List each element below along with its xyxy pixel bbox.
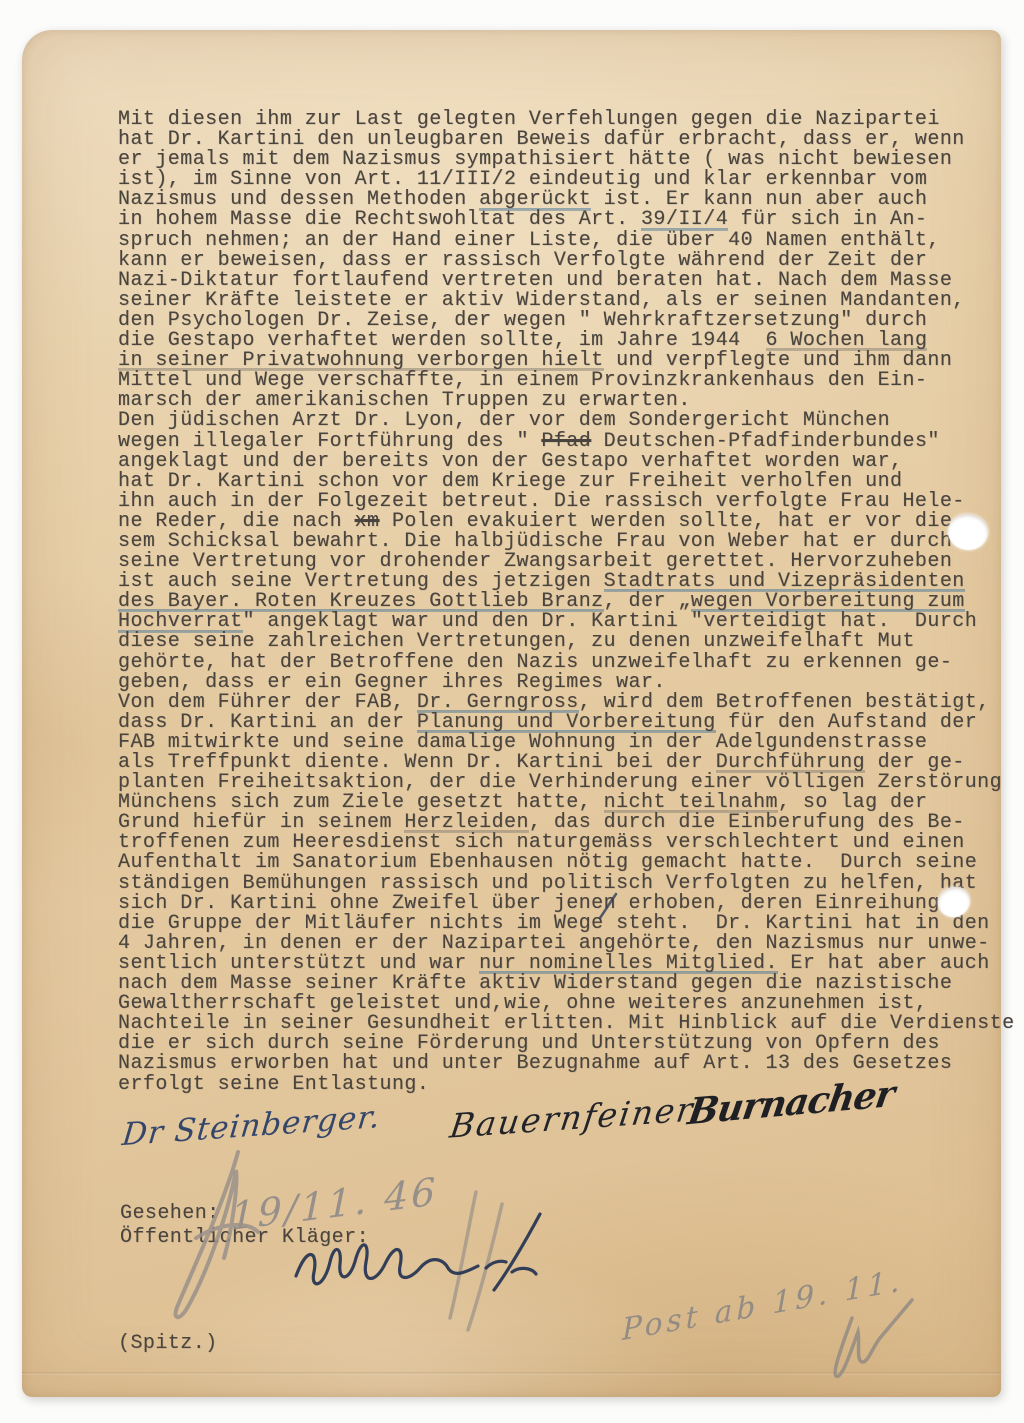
typewritten-line: des Bayer. Roten Kreuzes Gottlieb Branz,… xyxy=(118,592,1020,612)
typewritten-line: Nazi-Diktatur fortlaufend vertreten und … xyxy=(118,271,1020,291)
typewritten-line: spruch nehmen; an der Hand einer Liste, … xyxy=(118,231,1020,251)
typewritten-line: seiner Kräfte leistete er aktiv Widersta… xyxy=(118,291,1020,311)
typewritten-line: in hohem Masse die Rechtswohltat des Art… xyxy=(118,210,1020,230)
typewritten-line: Nazismus erworben hat und unter Bezugnah… xyxy=(118,1054,1020,1074)
typewritten-line: Aufenthalt im Sanatorium Ebenhausen nöti… xyxy=(118,853,1020,873)
typewritten-line: Den jüdischen Arzt Dr. Lyon, der vor dem… xyxy=(118,411,1020,431)
typewritten-line: troffenen zum Heeresdienst sich naturgem… xyxy=(118,833,1020,853)
typewritten-line: seine Vertretung vor drohender Zwangsarb… xyxy=(118,552,1020,572)
typewritten-line: angeklagt und der bereits von der Gestap… xyxy=(118,452,1020,472)
typewritten-line: Nazismus und dessen Methoden abgerückt i… xyxy=(118,190,1020,210)
typewritten-line: nach dem Masse seiner Kräfte aktiv Wider… xyxy=(118,974,1020,994)
paper-sheet: Mit diesen ihm zur Last gelegten Verfehl… xyxy=(22,30,1001,1397)
typewritten-line: gehörte, hat der Betroffene den Nazis un… xyxy=(118,653,1020,673)
typewritten-line: Mittel und Wege verschaffte, in einem Pr… xyxy=(118,371,1020,391)
typewritten-line: er jemals mit dem Nazismus sympathisiert… xyxy=(118,150,1020,170)
scanned-document-page: { "document": { "body_lines": [ ["Mit di… xyxy=(0,0,1024,1423)
typewritten-line: Münchens sich zum Ziele gesetzt hatte, n… xyxy=(118,793,1020,813)
typewritten-line: Von dem Führer der FAB, Dr. Gerngross, w… xyxy=(118,693,1020,713)
typewritten-line: die er sich durch seine Förderung und Un… xyxy=(118,1034,1020,1054)
typewritten-line: Hochverrat" angeklagt war und den Dr. Ka… xyxy=(118,612,1020,632)
typewritten-line: kann er beweisen, dass er rassisch Verfo… xyxy=(118,251,1020,271)
typewritten-line: ihn auch in der Folgezeit betreut. Die r… xyxy=(118,492,1020,512)
typewritten-line: Nachteile in seiner Gesundheit erlitten.… xyxy=(118,1014,1020,1034)
typewritten-line: geben, dass er ein Gegner ihres Regimes … xyxy=(118,673,1020,693)
typewritten-body: Mit diesen ihm zur Last gelegten Verfehl… xyxy=(118,110,1020,1095)
typewritten-line: den Psychologen Dr. Zeise, der wegen " W… xyxy=(118,311,1020,331)
typewritten-line: FAB mitwirkte und seine damalige Wohnung… xyxy=(118,733,1020,753)
typewritten-line: ständigen Bemühungen rassisch und politi… xyxy=(118,874,1020,894)
typewritten-line: sem Schicksal bewahrt. Die halbjüdische … xyxy=(118,532,1020,552)
typewritten-line: marsch der amerikanischen Truppen zu erw… xyxy=(118,391,1020,411)
typewritten-line: in seiner Privatwohnung verborgen hielt … xyxy=(118,351,1020,371)
paper-crease xyxy=(22,1372,1001,1375)
typewritten-line: als Treffpunkt diente. Wenn Dr. Kartini … xyxy=(118,753,1020,773)
signature-middle: Bauernfeiner xyxy=(448,1089,698,1146)
typewritten-line: hat Dr. Kartini schon vor dem Kriege zur… xyxy=(118,472,1020,492)
typewritten-line: Grund hiefür in seinem Herzleiden, das d… xyxy=(118,813,1020,833)
typewritten-line: dass Dr. Kartini an der Planung und Vorb… xyxy=(118,713,1020,733)
spitz-note: (Spitz.) xyxy=(118,1332,218,1356)
typewritten-line: ist auch seine Vertretung des jetzigen S… xyxy=(118,572,1020,592)
typewritten-line: sentlich unterstützt und war nur nominel… xyxy=(118,954,1020,974)
gesehen-label: Gesehen: xyxy=(120,1202,220,1226)
typewritten-line: 4 Jahren, in denen er der Nazipartei ang… xyxy=(118,934,1020,954)
typewritten-line: ne Reder, die nach xm Polen evakuiert we… xyxy=(118,512,1020,532)
typewritten-line: diese seine zahlreichen Vertretungen, zu… xyxy=(118,632,1020,652)
typewritten-line: Mit diesen ihm zur Last gelegten Verfehl… xyxy=(118,110,1020,130)
typewritten-line: die Gruppe der Mitläufer nichts im Wege … xyxy=(118,914,1020,934)
typewritten-line: Gewaltherrschaft geleistet und,wie, ohne… xyxy=(118,994,1020,1014)
pencil-post-note: Post ab 19. 11. xyxy=(622,1263,903,1348)
typewritten-line: ist), im Sinne von Art. 11/III/2 eindeut… xyxy=(118,170,1020,190)
typewritten-line: planten Freiheitsaktion, der die Verhind… xyxy=(118,773,1020,793)
signature-left: Dr Steinberger. xyxy=(120,1099,382,1153)
typewritten-line: hat Dr. Kartini den unleugbaren Beweis d… xyxy=(118,130,1020,150)
typewritten-line: die Gestapo verhaftet werden sollte, im … xyxy=(118,331,1020,351)
typewritten-line: sich Dr. Kartini ohne Zweifel über jenen… xyxy=(118,894,1020,914)
typewritten-line: wegen illegaler Fortführung des " Pfad D… xyxy=(118,432,1020,452)
